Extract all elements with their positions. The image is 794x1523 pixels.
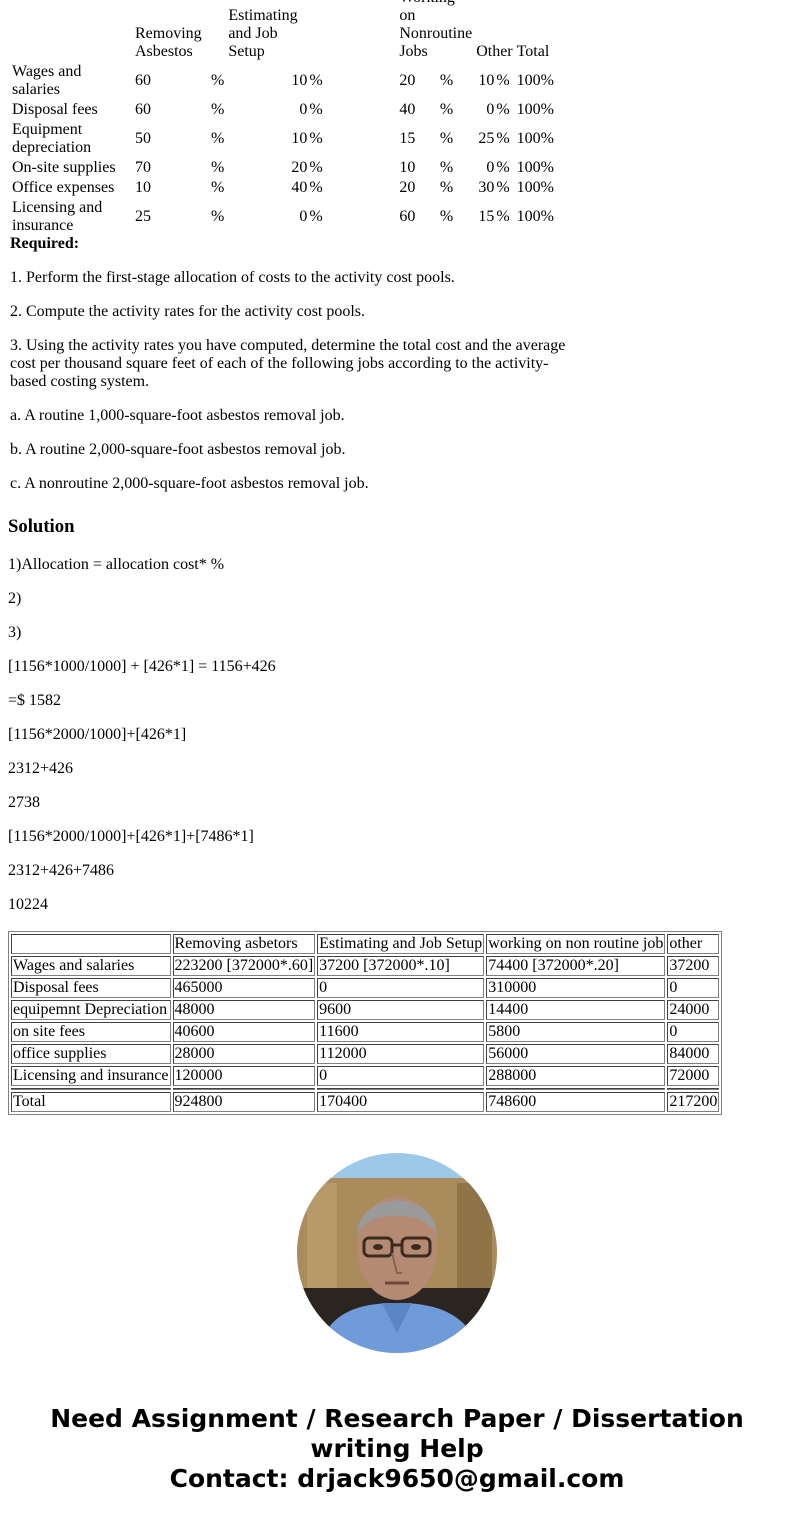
header-total: Total bbox=[515, 0, 556, 62]
percent-sign: % bbox=[209, 120, 226, 158]
estimating-value: 10 bbox=[226, 62, 307, 100]
table-row: Equipmentdepreciation50%10%15%25%100% bbox=[10, 120, 556, 158]
value-cell: 74400 [372000*.20] bbox=[486, 956, 665, 976]
removing-value: 70 bbox=[133, 158, 209, 178]
estimating-value: 0 bbox=[226, 100, 307, 120]
value-cell: 37200 bbox=[667, 956, 719, 976]
percent-sign: % bbox=[494, 62, 514, 100]
row-label-cell: Licensing and insurance bbox=[11, 1066, 171, 1086]
percent-sign: % bbox=[307, 120, 397, 158]
required-heading: Required: bbox=[10, 235, 575, 253]
removing-value: 25 bbox=[133, 198, 209, 236]
percent-sign: % bbox=[209, 100, 226, 120]
value-cell: 748600 bbox=[486, 1092, 665, 1112]
total-value: 100% bbox=[515, 158, 556, 178]
row-label: On-site supplies bbox=[10, 158, 133, 178]
value-cell: 40600 bbox=[173, 1022, 316, 1042]
other-value: 0 bbox=[474, 100, 494, 120]
value-cell: 0 bbox=[317, 1066, 484, 1086]
estimating-value: 40 bbox=[226, 178, 307, 198]
value-cell: 72000 bbox=[667, 1066, 719, 1086]
value-cell: 120000 bbox=[173, 1066, 316, 1086]
row-label: Office expenses bbox=[10, 178, 133, 198]
table-row: Disposal fees60%0%40%0%100% bbox=[10, 100, 556, 120]
estimating-value: 10 bbox=[226, 120, 307, 158]
row-label-cell: on site fees bbox=[11, 1022, 171, 1042]
solution-line: =$ 1582 bbox=[8, 692, 61, 710]
table-row: office supplies280001120005600084000 bbox=[11, 1044, 719, 1064]
required-item-3: 3. Using the activity rates you have com… bbox=[10, 337, 575, 391]
value-cell: 0 bbox=[317, 978, 484, 998]
solution-line: [1156*1000/1000] + [426*1] = 1156+426 bbox=[8, 658, 276, 676]
percent-sign: % bbox=[438, 178, 474, 198]
working-value: 40 bbox=[397, 100, 438, 120]
percent-sign: % bbox=[307, 178, 397, 198]
table-row: equipemnt Depreciation480009600144002400… bbox=[11, 1000, 719, 1020]
solution-line: [1156*2000/1000]+[426*1]+[7486*1] bbox=[8, 828, 254, 846]
row-label-cell: equipemnt Depreciation bbox=[11, 1000, 171, 1020]
required-item-2: 2. Compute the activity rates for the ac… bbox=[10, 303, 575, 321]
solution-line: [1156*2000/1000]+[426*1] bbox=[8, 726, 186, 744]
solution-line: 10224 bbox=[8, 896, 48, 914]
row-label: Licensing andinsurance bbox=[10, 198, 133, 236]
table-row: Licensing and insurance12000002880007200… bbox=[11, 1066, 719, 1086]
value-cell: 0 bbox=[667, 978, 719, 998]
value-cell: Removing asbetors bbox=[173, 934, 316, 954]
percent-sign: % bbox=[438, 198, 474, 236]
value-cell: 288000 bbox=[486, 1066, 665, 1086]
required-item-c: c. A nonroutine 2,000-square-foot asbest… bbox=[10, 475, 575, 493]
table-row: Wages and salaries223200 [372000*.60]372… bbox=[11, 956, 719, 976]
footer-line-2: writing Help bbox=[0, 1434, 794, 1464]
value-cell: working on non routine job bbox=[486, 934, 665, 954]
estimating-value: 0 bbox=[226, 198, 307, 236]
contact-footer: Need Assignment / Research Paper / Disse… bbox=[0, 1404, 794, 1494]
value-cell: 37200 [372000*.10] bbox=[317, 956, 484, 976]
other-value: 25 bbox=[474, 120, 494, 158]
cost-allocation-percent-table: RemovingAsbestos Estimatingand JobSetup … bbox=[10, 0, 556, 236]
value-cell: 56000 bbox=[486, 1044, 665, 1064]
table-row: Disposal fees46500003100000 bbox=[11, 978, 719, 998]
percent-sign: % bbox=[438, 120, 474, 158]
working-value: 60 bbox=[397, 198, 438, 236]
percent-sign: % bbox=[209, 62, 226, 100]
row-label: Equipmentdepreciation bbox=[10, 120, 133, 158]
person-photo-avatar-icon bbox=[297, 1153, 497, 1353]
value-cell: 5800 bbox=[486, 1022, 665, 1042]
solution-line: 2312+426+7486 bbox=[8, 862, 114, 880]
table-row: on site fees406001160058000 bbox=[11, 1022, 719, 1042]
row-label: Wages andsalaries bbox=[10, 62, 133, 100]
row-label-cell: Total bbox=[11, 1092, 171, 1112]
total-value: 100% bbox=[515, 120, 556, 158]
solution-heading: Solution bbox=[8, 516, 74, 538]
percent-sign: % bbox=[209, 158, 226, 178]
table-spacer-row bbox=[11, 1088, 719, 1090]
removing-value: 10 bbox=[133, 178, 209, 198]
percent-sign: % bbox=[438, 100, 474, 120]
total-value: 100% bbox=[515, 198, 556, 236]
working-value: 15 bbox=[397, 120, 438, 158]
percent-sign: % bbox=[494, 120, 514, 158]
solution-line: 1)Allocation = allocation cost* % bbox=[8, 556, 224, 574]
other-value: 10 bbox=[474, 62, 494, 100]
percent-sign: % bbox=[307, 100, 397, 120]
value-cell: 24000 bbox=[667, 1000, 719, 1020]
header-other: Other bbox=[474, 0, 514, 62]
table-header-row: Removing asbetorsEstimating and Job Setu… bbox=[11, 934, 719, 954]
value-cell: 112000 bbox=[317, 1044, 484, 1064]
value-cell: 465000 bbox=[173, 978, 316, 998]
value-cell: 223200 [372000*.60] bbox=[173, 956, 316, 976]
value-cell: 14400 bbox=[486, 1000, 665, 1020]
total-value: 100% bbox=[515, 62, 556, 100]
percent-sign: % bbox=[209, 198, 226, 236]
removing-value: 60 bbox=[133, 100, 209, 120]
percent-sign: % bbox=[494, 178, 514, 198]
solution-line: 2) bbox=[8, 590, 21, 608]
percent-sign: % bbox=[438, 62, 474, 100]
row-label-cell bbox=[11, 934, 171, 954]
row-label: Disposal fees bbox=[10, 100, 133, 120]
estimating-value: 20 bbox=[226, 158, 307, 178]
value-cell: 310000 bbox=[486, 978, 665, 998]
other-value: 30 bbox=[474, 178, 494, 198]
percent-sign: % bbox=[209, 178, 226, 198]
percent-sign: % bbox=[438, 158, 474, 178]
working-value: 20 bbox=[397, 178, 438, 198]
value-cell: 217200 bbox=[667, 1092, 719, 1112]
value-cell: other bbox=[667, 934, 719, 954]
other-value: 15 bbox=[474, 198, 494, 236]
percent-sign: % bbox=[307, 62, 397, 100]
table-total-row: Total924800170400748600217200 bbox=[11, 1092, 719, 1112]
header-working-nonroutine: Working onNonroutineJobs bbox=[397, 0, 474, 62]
header-removing-asbestos: RemovingAsbestos bbox=[133, 0, 226, 62]
row-label-cell: Disposal fees bbox=[11, 978, 171, 998]
value-cell: 48000 bbox=[173, 1000, 316, 1020]
working-value: 10 bbox=[397, 158, 438, 178]
first-stage-allocation-table: Removing asbetorsEstimating and Job Setu… bbox=[8, 931, 722, 1115]
table-row: Licensing andinsurance25%0%60%15%100% bbox=[10, 198, 556, 236]
footer-line-1: Need Assignment / Research Paper / Disse… bbox=[0, 1404, 794, 1434]
table-row: On-site supplies70%20%10%0%100% bbox=[10, 158, 556, 178]
removing-value: 60 bbox=[133, 62, 209, 100]
percent-sign: % bbox=[307, 158, 397, 178]
value-cell: 11600 bbox=[317, 1022, 484, 1042]
solution-line: 2738 bbox=[8, 794, 40, 812]
value-cell: 28000 bbox=[173, 1044, 316, 1064]
percent-sign: % bbox=[307, 198, 397, 236]
footer-contact[interactable]: Contact: drjack9650@gmail.com bbox=[0, 1464, 794, 1494]
removing-value: 50 bbox=[133, 120, 209, 158]
row-label-cell: Wages and salaries bbox=[11, 956, 171, 976]
row-label-cell: office supplies bbox=[11, 1044, 171, 1064]
percent-sign: % bbox=[494, 198, 514, 236]
header-estimating-job-setup: Estimatingand JobSetup bbox=[226, 0, 397, 62]
value-cell: 170400 bbox=[317, 1092, 484, 1112]
table-row: Office expenses10%40%20%30%100% bbox=[10, 178, 556, 198]
percent-sign: % bbox=[494, 100, 514, 120]
value-cell: 924800 bbox=[173, 1092, 316, 1112]
value-cell: Estimating and Job Setup bbox=[317, 934, 484, 954]
total-value: 100% bbox=[515, 178, 556, 198]
percent-sign: % bbox=[494, 158, 514, 178]
total-value: 100% bbox=[515, 100, 556, 120]
table-header-row: RemovingAsbestos Estimatingand JobSetup … bbox=[10, 0, 556, 62]
required-item-1: 1. Perform the first-stage allocation of… bbox=[10, 269, 575, 287]
table-row: Wages andsalaries60%10%20%10%100% bbox=[10, 62, 556, 100]
required-item-b: b. A routine 2,000-square-foot asbestos … bbox=[10, 441, 575, 459]
author-avatar bbox=[297, 1153, 497, 1353]
solution-line: 3) bbox=[8, 624, 21, 642]
value-cell: 9600 bbox=[317, 1000, 484, 1020]
value-cell: 0 bbox=[667, 1022, 719, 1042]
other-value: 0 bbox=[474, 158, 494, 178]
value-cell: 84000 bbox=[667, 1044, 719, 1064]
required-item-a: a. A routine 1,000-square-foot asbestos … bbox=[10, 407, 575, 425]
working-value: 20 bbox=[397, 62, 438, 100]
solution-line: 2312+426 bbox=[8, 760, 73, 778]
